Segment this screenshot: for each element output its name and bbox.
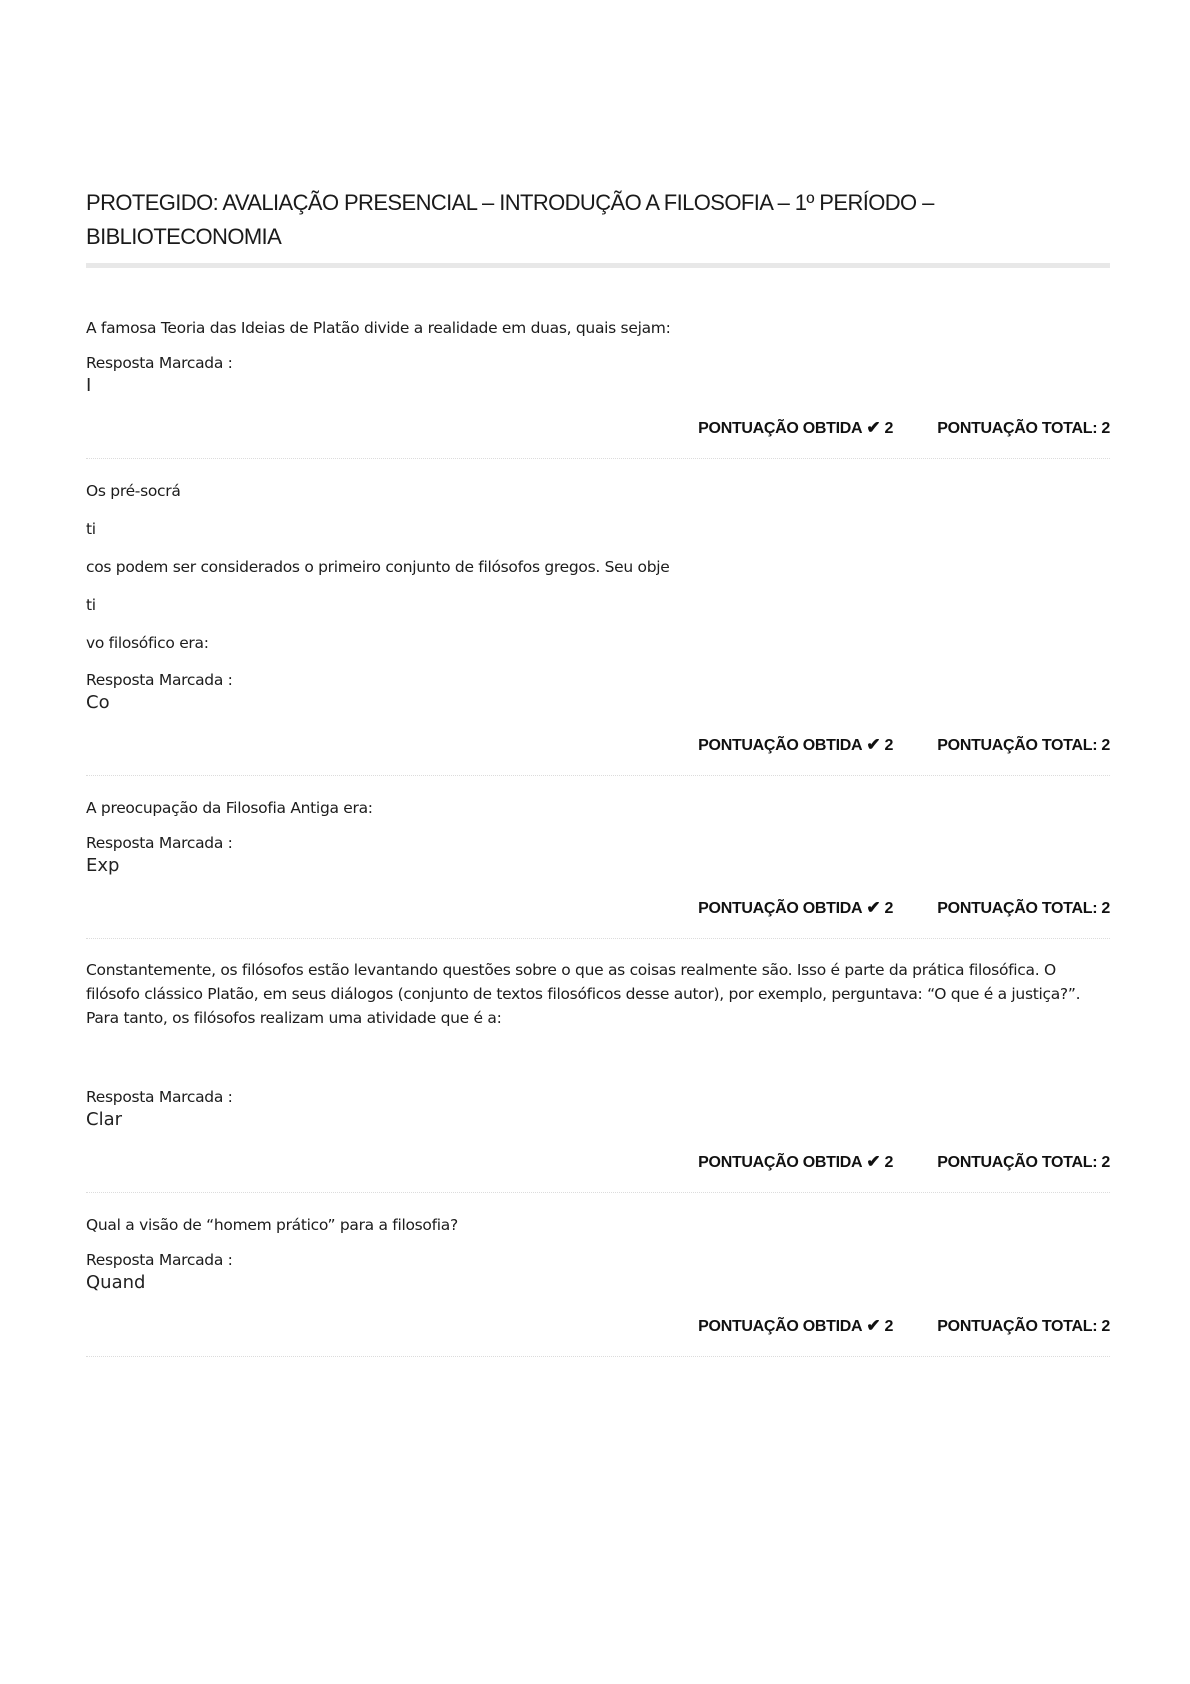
score-obtained-value: 2 [885,900,894,918]
question-text: Qual a visão de “homem prático” para a f… [86,1213,1110,1237]
question-2: Os pré-socrá ti cos podem ser considerad… [86,479,1110,715]
question-4: Constantemente, os filósofos estão levan… [86,958,1110,1132]
question-text-line: Os pré-socrá [86,479,1110,503]
question-divider [86,458,1110,459]
score-row: PONTUAÇÃO OBTIDA ✔ 2 PONTUAÇÃO TOTAL: 2 [698,1316,1110,1336]
score-total-value: 2 [1101,737,1110,755]
question-text: A preocupação da Filosofia Antiga era: [86,796,1110,820]
question-text-line: vo filosófico era: [86,631,1110,655]
question-text: A famosa Teoria das Ideias de Platão div… [86,316,1110,340]
title-divider [86,263,1110,268]
response-label: Resposta Marcada : [86,352,1110,374]
question-text-line: cos podem ser considerados o primeiro co… [86,555,1110,579]
score-obtained-label: PONTUAÇÃO OBTIDA [698,1154,862,1172]
response-value: Clar [86,1108,1110,1132]
check-icon: ✔ [866,735,880,755]
response-label: Resposta Marcada : [86,832,1110,854]
check-icon: ✔ [866,1152,880,1172]
score-total-label: PONTUAÇÃO TOTAL: [937,900,1097,918]
score-obtained-label: PONTUAÇÃO OBTIDA [698,737,862,755]
score-row: PONTUAÇÃO OBTIDA ✔ 2 PONTUAÇÃO TOTAL: 2 [698,1152,1110,1172]
question-5: Qual a visão de “homem prático” para a f… [86,1213,1110,1295]
score-total-label: PONTUAÇÃO TOTAL: [937,1154,1097,1172]
score-total-value: 2 [1101,420,1110,438]
score-row: PONTUAÇÃO OBTIDA ✔ 2 PONTUAÇÃO TOTAL: 2 [698,898,1110,918]
question-1: A famosa Teoria das Ideias de Platão div… [86,316,1110,398]
question-3: A preocupação da Filosofia Antiga era: R… [86,796,1110,878]
question-text-line: ti [86,593,1110,617]
score-total-value: 2 [1101,1318,1110,1336]
check-icon: ✔ [866,418,880,438]
question-divider [86,938,1110,939]
score-obtained-label: PONTUAÇÃO OBTIDA [698,1318,862,1336]
check-icon: ✔ [866,1316,880,1336]
score-obtained-label: PONTUAÇÃO OBTIDA [698,420,862,438]
response-label: Resposta Marcada : [86,1249,1110,1271]
score-obtained-value: 2 [885,737,894,755]
score-obtained-value: 2 [885,1154,894,1172]
response-value: Exp [86,854,1110,878]
response-value: Co [86,691,1110,715]
question-divider [86,1356,1110,1357]
score-total-label: PONTUAÇÃO TOTAL: [937,420,1097,438]
check-icon: ✔ [866,898,880,918]
question-text-line: ti [86,517,1110,541]
score-total-value: 2 [1101,1154,1110,1172]
page-title: PROTEGIDO: AVALIAÇÃO PRESENCIAL – INTROD… [86,186,1110,254]
score-row: PONTUAÇÃO OBTIDA ✔ 2 PONTUAÇÃO TOTAL: 2 [698,735,1110,755]
response-value: Quand [86,1271,1110,1295]
question-divider [86,1192,1110,1193]
score-obtained-value: 2 [885,1318,894,1336]
response-value: I [86,374,1110,398]
score-total-value: 2 [1101,900,1110,918]
score-obtained-label: PONTUAÇÃO OBTIDA [698,900,862,918]
question-divider [86,775,1110,776]
score-total-label: PONTUAÇÃO TOTAL: [937,1318,1097,1336]
score-row: PONTUAÇÃO OBTIDA ✔ 2 PONTUAÇÃO TOTAL: 2 [698,418,1110,438]
response-label: Resposta Marcada : [86,669,1110,691]
response-label: Resposta Marcada : [86,1086,1110,1108]
question-text: Constantemente, os filósofos estão levan… [86,958,1110,1030]
score-total-label: PONTUAÇÃO TOTAL: [937,737,1097,755]
score-obtained-value: 2 [885,420,894,438]
